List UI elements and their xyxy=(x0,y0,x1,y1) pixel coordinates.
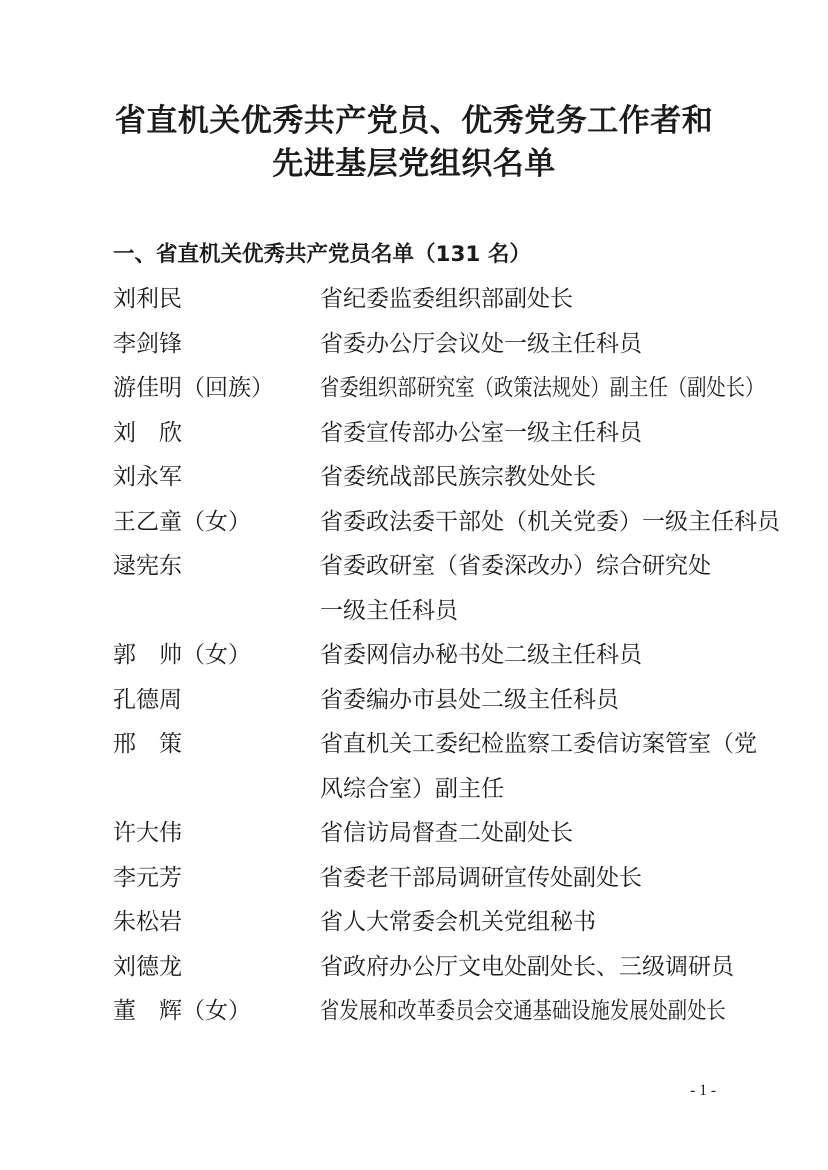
entry-position: 省人大常委会机关党组秘书 xyxy=(320,900,718,945)
entry-row: 王乙童（女） 省委政法委干部处（机关党委）一级主任科员 xyxy=(113,500,718,545)
entry-name: 逯宪东 xyxy=(113,544,320,589)
entry-position-line: 省信访局督查二处副处长 xyxy=(320,811,718,856)
entry-position: 省委政法委干部处（机关党委）一级主任科员 xyxy=(320,500,718,545)
entry-name: 许大伟 xyxy=(113,811,320,856)
entry-position: 省纪委监委组织部副处长 xyxy=(320,277,718,322)
page-number: - 1 - xyxy=(690,1081,716,1101)
entry-position: 省发展和改革委员会交通基础设施发展处副处长 xyxy=(320,989,718,1034)
entry-position: 省委统战部民族宗教处处长 xyxy=(320,455,718,500)
entry-position: 省直机关工委纪检监察工委信访案管室（党 风综合室）副主任 xyxy=(320,722,718,811)
entry-position-line: 省发展和改革委员会交通基础设施发展处副处长 xyxy=(320,989,654,1034)
entry-position: 省委办公厅会议处一级主任科员 xyxy=(320,322,718,367)
entry-position: 省委编办市县处二级主任科员 xyxy=(320,678,718,723)
document-title: 省直机关优秀共产党员、优秀党务工作者和 先进基层党组织名单 xyxy=(0,100,828,186)
entry-position: 省委老干部局调研宣传处副处长 xyxy=(320,856,718,901)
entry-position-line: 省纪委监委组织部副处长 xyxy=(320,277,718,322)
entry-name: 王乙童（女） xyxy=(113,500,320,545)
entry-name: 郭 帅（女） xyxy=(113,633,320,678)
entry-position-line: 省委统战部民族宗教处处长 xyxy=(320,455,718,500)
entry-position-line: 风综合室）副主任 xyxy=(320,767,718,812)
entry-name: 刘利民 xyxy=(113,277,320,322)
entry-name: 刘永军 xyxy=(113,455,320,500)
entry-position: 省委政研室（省委深改办）综合研究处 一级主任科员 xyxy=(320,544,718,633)
entry-row: 刘永军 省委统战部民族宗教处处长 xyxy=(113,455,718,500)
entry-position-line: 省委政研室（省委深改办）综合研究处 xyxy=(320,544,718,589)
entry-position-line: 省委编办市县处二级主任科员 xyxy=(320,678,718,723)
entry-position-line: 省人大常委会机关党组秘书 xyxy=(320,900,718,945)
entry-row: 朱松岩 省人大常委会机关党组秘书 xyxy=(113,900,718,945)
entry-name: 刘 欣 xyxy=(113,411,320,456)
entry-name: 李剑锋 xyxy=(113,322,320,367)
entry-position: 省委组织部研究室（政策法规处）副主任（副处长） xyxy=(320,366,718,411)
entry-name: 孔德周 xyxy=(113,678,320,723)
entry-name: 朱松岩 xyxy=(113,900,320,945)
document-page: 省直机关优秀共产党员、优秀党务工作者和 先进基层党组织名单 一、省直机关优秀共产… xyxy=(0,0,828,1170)
entry-row: 刘 欣 省委宣传部办公室一级主任科员 xyxy=(113,411,718,456)
document-title-line-2: 先进基层党组织名单 xyxy=(0,143,828,186)
entry-name: 李元芳 xyxy=(113,856,320,901)
entry-position-line: 一级主任科员 xyxy=(320,589,718,634)
entry-position-line: 省委办公厅会议处一级主任科员 xyxy=(320,322,718,367)
entry-row: 游佳明（回族） 省委组织部研究室（政策法规处）副主任（副处长） xyxy=(113,366,718,411)
entry-row: 孔德周 省委编办市县处二级主任科员 xyxy=(113,678,718,723)
entry-name: 董 辉（女） xyxy=(113,989,320,1034)
section-heading: 一、省直机关优秀共产党员名单（131 名） xyxy=(113,242,728,268)
entry-row: 刘德龙 省政府办公厅文电处副处长、三级调研员 xyxy=(113,945,718,990)
entry-position: 省委宣传部办公室一级主任科员 xyxy=(320,411,718,456)
entry-position-line: 省委老干部局调研宣传处副处长 xyxy=(320,856,718,901)
entry-position-line: 省委组织部研究室（政策法规处）副主任（副处长） xyxy=(320,366,654,411)
entry-row: 刘利民 省纪委监委组织部副处长 xyxy=(113,277,718,322)
entry-row: 董 辉（女） 省发展和改革委员会交通基础设施发展处副处长 xyxy=(113,989,718,1034)
entry-name: 邢 策 xyxy=(113,722,320,767)
entry-position-line: 省委网信办秘书处二级主任科员 xyxy=(320,633,718,678)
entry-position: 省委网信办秘书处二级主任科员 xyxy=(320,633,718,678)
entry-row: 许大伟 省信访局督查二处副处长 xyxy=(113,811,718,856)
entry-name: 刘德龙 xyxy=(113,945,320,990)
entry-name: 游佳明（回族） xyxy=(113,366,320,411)
entry-row: 李元芳 省委老干部局调研宣传处副处长 xyxy=(113,856,718,901)
entry-position-line: 省直机关工委纪检监察工委信访案管室（党 xyxy=(320,722,718,767)
entry-position: 省政府办公厅文电处副处长、三级调研员 xyxy=(320,945,718,990)
entry-position-line: 省委政法委干部处（机关党委）一级主任科员 xyxy=(320,500,718,545)
entry-position-line: 省政府办公厅文电处副处长、三级调研员 xyxy=(320,945,718,990)
entry-row: 逯宪东 省委政研室（省委深改办）综合研究处 一级主任科员 xyxy=(113,544,718,633)
entry-row: 郭 帅（女） 省委网信办秘书处二级主任科员 xyxy=(113,633,718,678)
entry-row: 邢 策 省直机关工委纪检监察工委信访案管室（党 风综合室）副主任 xyxy=(113,722,718,811)
entry-position: 省信访局督查二处副处长 xyxy=(320,811,718,856)
document-title-line-1: 省直机关优秀共产党员、优秀党务工作者和 xyxy=(0,100,828,143)
entry-position-line: 省委宣传部办公室一级主任科员 xyxy=(320,411,718,456)
entry-row: 李剑锋 省委办公厅会议处一级主任科员 xyxy=(113,322,718,367)
entry-list: 刘利民 省纪委监委组织部副处长 李剑锋 省委办公厅会议处一级主任科员 游佳明（回… xyxy=(113,277,718,1034)
